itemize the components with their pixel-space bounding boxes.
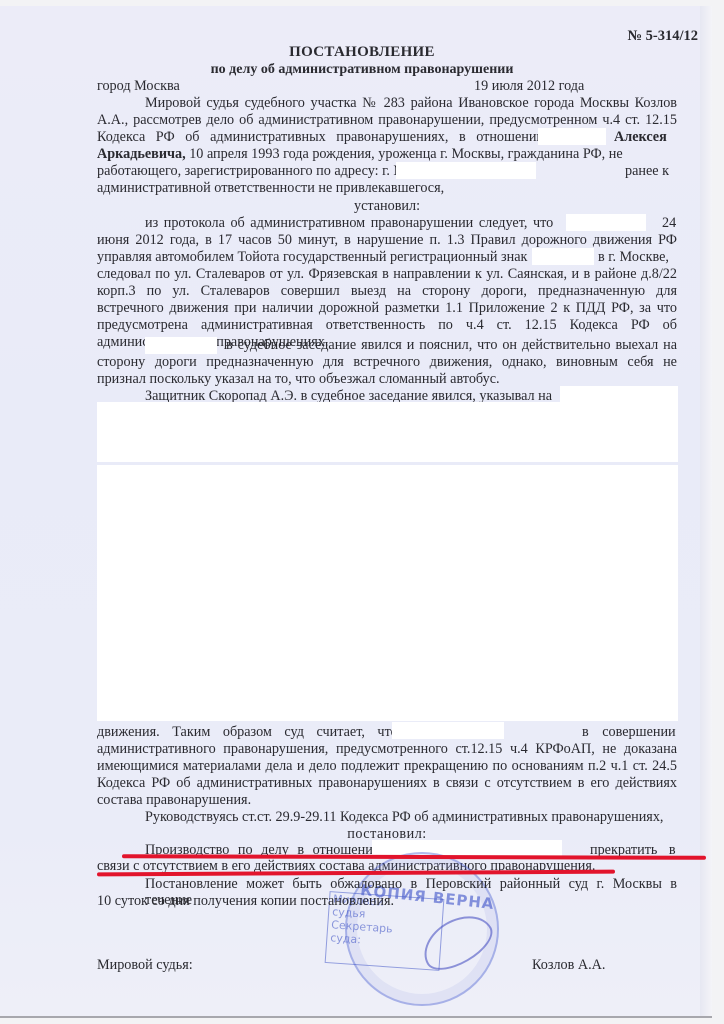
intro-line-4: Аркадьевича, 10 апреля 1993 года рождени…	[97, 146, 677, 162]
redaction-block	[538, 128, 606, 145]
page-edge	[700, 6, 712, 1016]
redaction-block	[566, 214, 646, 231]
hearing-line-1: в судебное заседание явился и пояснил, ч…	[226, 337, 677, 353]
date: 19 июля 2012 года	[474, 78, 584, 94]
signature-label: Мировой судья:	[97, 957, 193, 973]
conclusion-line-5: состава правонарушения.	[97, 792, 677, 808]
defendant-patronymic: Аркадьевича,	[97, 146, 186, 162]
intro-line-6: административной ответственности не прив…	[97, 180, 677, 196]
hearing-line-3: признал поскольку указал на то, что объе…	[97, 371, 677, 387]
redaction-block	[97, 402, 678, 462]
intro-line-5-end: ранее к	[625, 163, 669, 179]
city: город Москва	[97, 78, 677, 94]
document-subtitle: по делу об административном правонарушен…	[0, 62, 724, 78]
redaction-block	[145, 337, 217, 354]
conclusion-line-1-end: в совершении	[582, 724, 676, 740]
intro-line-5: работающего, зарегистрированного по адре…	[97, 163, 677, 179]
redaction-block	[392, 722, 504, 739]
protocol-line-5: корп.3 по ул. Сталеваров совершил выезд …	[97, 283, 677, 299]
appeal-line-2: 10 суток со дня получения копии постанов…	[97, 893, 677, 909]
intro-line-4-text: 10 апреля 1993 года рождения, уроженца г…	[189, 146, 622, 162]
hearing-line-2: сторону дороги предназначенную для встре…	[97, 354, 677, 370]
protocol-line-6: встречного движения при наличии дорожной…	[97, 300, 677, 316]
established-heading: установил:	[97, 198, 677, 214]
conclusion-line-3: имеющимися материалами дела и дело подле…	[97, 758, 677, 774]
judge-name: Козлов А.А.	[532, 957, 605, 973]
protocol-line-7: предусмотрена административная ответстве…	[97, 317, 677, 333]
protocol-line-4: следовал по ул. Сталеваров от ул. Фрязев…	[97, 266, 677, 282]
redaction-block	[396, 162, 536, 179]
conclusion-line-2: административного правонарушения, предус…	[97, 741, 677, 757]
intro-line-1: Мировой судья судебного участка № 283 ра…	[145, 95, 677, 111]
guided-line: Руководствуясь ст.ст. 29.9-29.11 Кодекса…	[145, 809, 663, 825]
conclusion-line-1: движения. Таким образом суд считает, что…	[97, 724, 438, 740]
intro-line-2: А.А., рассмотрев дело об административно…	[97, 112, 677, 128]
protocol-line-2: июня 2012 года, в 17 часов 50 минут, в н…	[97, 232, 677, 248]
protocol-line-3-end: в г. Москве,	[598, 249, 669, 265]
protocol-line-1-end: 24	[662, 215, 676, 231]
intro-line-3-text: Кодекса РФ об административных правонару…	[97, 129, 544, 145]
case-number: № 5-314/12	[627, 28, 698, 45]
document-title: ПОСТАНОВЛЕНИЕ	[0, 44, 724, 61]
conclusion-line-4: Кодекса РФ об административных правонару…	[97, 775, 677, 791]
redaction-block	[532, 248, 594, 265]
defendant-first-name: Алексея	[614, 129, 667, 145]
redaction-block-large	[97, 465, 678, 721]
